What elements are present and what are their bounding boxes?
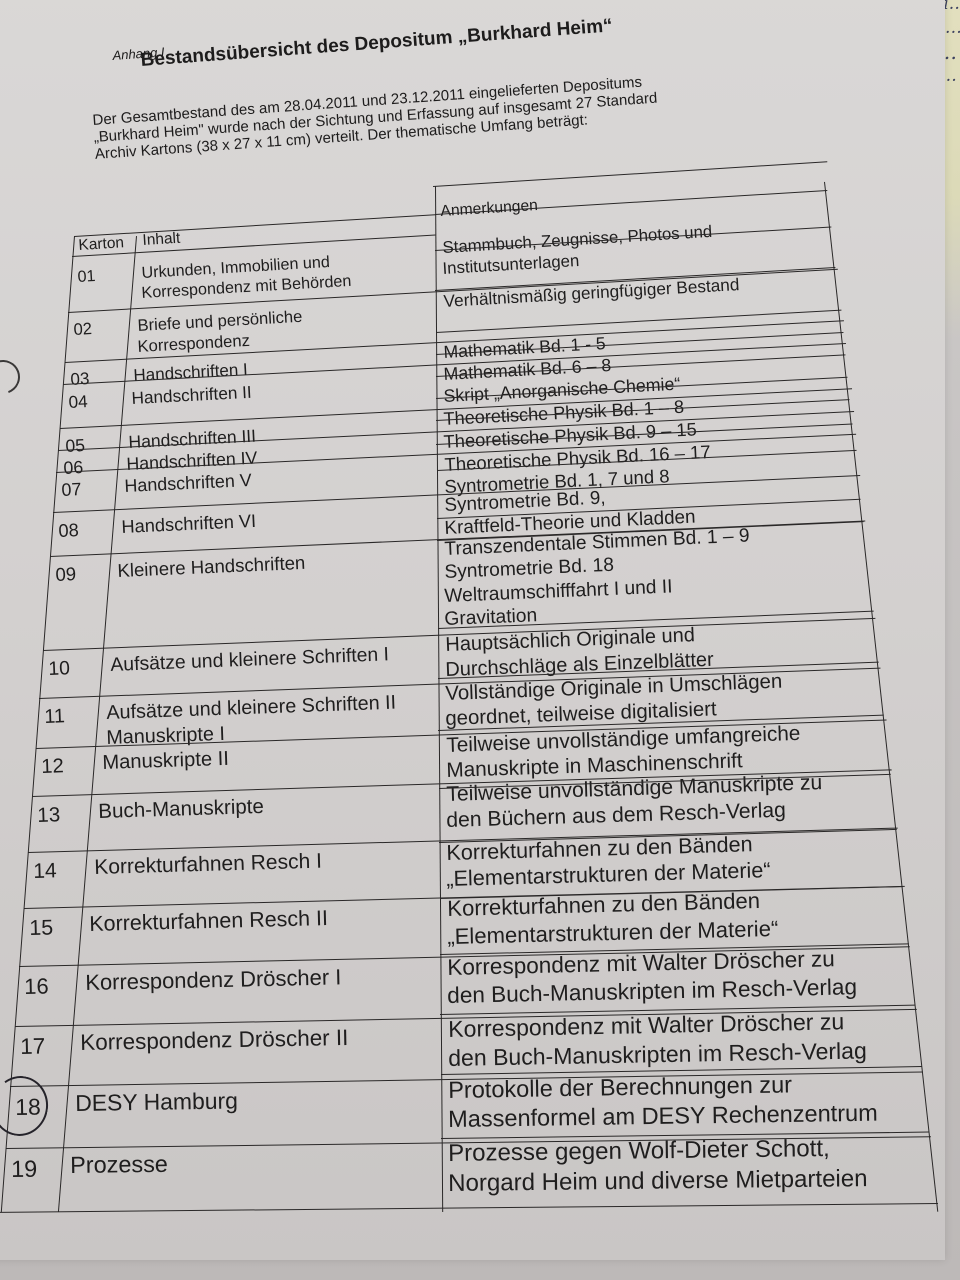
karton-number: 14 — [33, 859, 57, 884]
document-title: Bestandsübersicht des Depositum „Burkhar… — [140, 15, 613, 72]
document: Anhang I Bestandsübersicht des Depositum… — [0, 0, 960, 1280]
column-header-anmerkungen: Anmerkungen — [440, 197, 538, 221]
anmerkungen-text: Protokolle der Berechnungen zur — [448, 1072, 792, 1105]
column-header-karton: Karton — [78, 234, 125, 255]
anmerkungen-text: Norgard Heim und diverse Mietparteien — [448, 1165, 868, 1198]
karton-number: 04 — [68, 391, 88, 413]
column-header-inhalt: Inhalt — [142, 230, 181, 250]
karton-number: 08 — [58, 519, 79, 542]
karton-number: 06 — [63, 457, 84, 479]
karton-number: 09 — [55, 563, 77, 586]
inhalt-text: Buch-Manuskripte — [98, 795, 264, 824]
inhalt-text: Aufsätze und kleinere Schriften II — [106, 692, 396, 725]
table-column-rule — [435, 186, 443, 1212]
karton-number: 03 — [70, 369, 90, 390]
inhalt-text: Korrespondenz Dröscher II — [80, 1025, 349, 1056]
anmerkungen-text: Prozesse gegen Wolf-Dieter Schott, — [448, 1135, 830, 1168]
table-rule — [433, 161, 827, 187]
karton-number: 12 — [41, 755, 64, 779]
table-rule — [0, 1203, 937, 1213]
inhalt-text: Kleinere Handschriften — [117, 552, 306, 582]
karton-number: 19 — [11, 1156, 37, 1183]
anmerkungen-text: den Buch-Manuskripten im Resch-Verlag — [448, 1037, 867, 1072]
inhalt-text: Prozesse — [70, 1151, 168, 1179]
karton-number: 10 — [48, 657, 70, 681]
intro-paragraph: Der Gesamtbestand des am 28.04.2011 und … — [92, 61, 824, 163]
karton-number: 02 — [73, 319, 93, 340]
karton-number: 01 — [77, 267, 96, 287]
karton-number: 13 — [37, 803, 61, 828]
karton-number: 17 — [20, 1034, 45, 1060]
karton-number: 07 — [61, 479, 82, 501]
inhalt-text: Korrespondenz Dröscher I — [85, 964, 342, 996]
inhalt-text: Korrekturfahnen Resch II — [89, 906, 328, 937]
inhalt-text: Manuskripte II — [102, 748, 229, 775]
table-rule — [74, 214, 435, 237]
inhalt-text: Aufsätze und kleinere Schriften I — [110, 643, 389, 677]
karton-number: 05 — [65, 435, 86, 457]
karton-number: 11 — [44, 705, 65, 729]
karton-number: 16 — [24, 973, 49, 1000]
inhalt-text: Handschriften VI — [121, 510, 257, 538]
anmerkungen-text: Massenformel am DESY Rechenzentrum — [448, 1100, 878, 1133]
pen-mark — [0, 354, 26, 399]
inhalt-text: Korrekturfahnen Resch I — [94, 850, 322, 880]
pen-circle-karton-18 — [0, 1072, 53, 1141]
inhalt-text: Handschriften II — [131, 382, 252, 409]
anmerkungen-text: Verhältnismäßig geringfügiger Bestand — [443, 274, 740, 312]
inhalt-text: DESY Hamburg — [75, 1087, 238, 1117]
karton-number: 15 — [29, 915, 54, 941]
table-rule — [72, 235, 435, 257]
table-rule — [436, 310, 841, 333]
